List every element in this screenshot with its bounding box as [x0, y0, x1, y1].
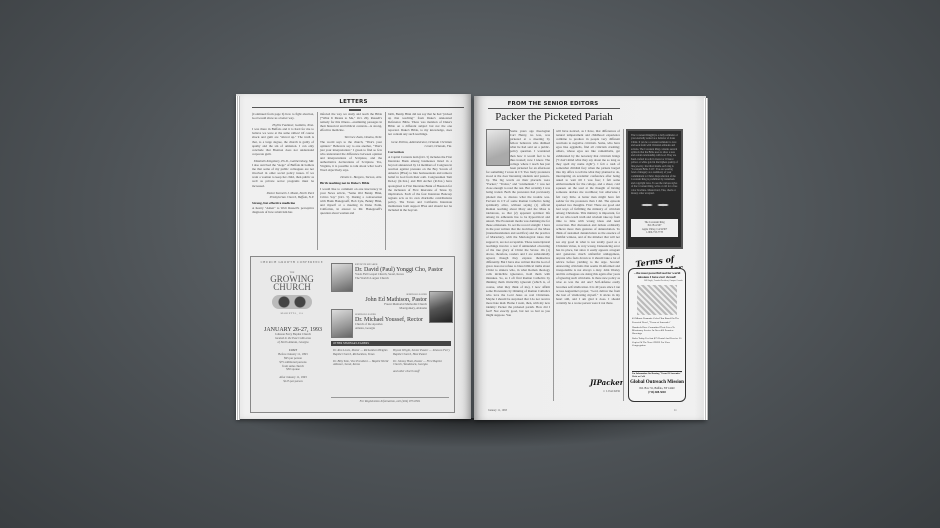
- page-number: 11: [674, 409, 677, 413]
- letter-heading: Birth teaching not in Duke's Bible: [320, 181, 382, 185]
- column-divider: [553, 129, 554, 401]
- column-divider: [317, 112, 318, 250]
- letter-heading: Correction: [388, 150, 452, 154]
- header-accent: [349, 109, 361, 111]
- other-leaders-right: Bryant Wright, Senior Pastor — Johnson F…: [393, 349, 451, 374]
- globe-icon: [272, 295, 312, 309]
- conference-details: JANUARY 26-27, 1993 Johnson Ferry Baptis…: [255, 327, 331, 384]
- footer-date: January 11, 1993: [488, 409, 507, 413]
- letters-column-2: infected the way we study and teach the …: [320, 112, 382, 250]
- covenant-ring-ad: The Covenant Ring(R) is a daily reminder…: [626, 129, 683, 249]
- speaker-mathison: SEMINAR LEADER John Ed Mathison, Pastor …: [351, 293, 427, 310]
- speaker-cho: KEYNOTE SPEAKER Dr. David (Paul) Yonggi …: [355, 263, 451, 280]
- global-outreach-name: Global Outreach Mission: [629, 380, 685, 385]
- packer-signature: JIPacker: [590, 378, 623, 387]
- letters-column-1: (Continued from page 6) how to fight abo…: [252, 112, 314, 250]
- left-page: LETTERS (Continued from page 6) how to f…: [236, 94, 471, 419]
- other-leaders-left: Dr. Ron Lewis, Pastor — Richardson Heigh…: [333, 349, 389, 367]
- article-title: Packer the Picketed Pariah: [488, 111, 620, 123]
- registration-info: For Registration Information, call (404)…: [331, 400, 449, 404]
- conference-logo: CHURCH GROWTH CONFERENCE THE GROWING CHU…: [257, 261, 327, 315]
- ad-tagline: ...the most powerful tool for world miss…: [629, 269, 685, 280]
- article-column-1: Some years ago theologian Carl Henry, no…: [486, 129, 550, 401]
- author-name: J. I. PACKER: [574, 390, 620, 394]
- column-divider: [623, 129, 624, 401]
- terms-of-surrender-ad: ...the most powerful tool for world miss…: [628, 268, 686, 402]
- letter-heading: Strong, but effective medicine: [252, 201, 314, 205]
- magazine-shadow: [240, 418, 710, 448]
- header-rule: [252, 107, 464, 108]
- letters-heading: LETTERS: [236, 99, 471, 105]
- page-edge: [236, 96, 240, 420]
- film-illustration: [637, 285, 677, 315]
- covenant-address: The Covenant Ring P.O. Box 907 Apple Val…: [631, 219, 678, 237]
- speaker-photo-cho: [331, 263, 353, 292]
- column-divider: [385, 112, 386, 250]
- church-growth-ad: CHURCH GROWTH CONFERENCE THE GROWING CHU…: [250, 256, 455, 413]
- letters-column-3: birth, Benny Hinn did not say that he ha…: [388, 112, 452, 250]
- speaker-youssef: SEMINAR LEADER Dr. Michael Youssef, Rect…: [355, 313, 451, 330]
- article-column-2: will have noticed, as I have, that diffe…: [556, 129, 620, 374]
- other-leaders-bar: OTHER SEMINAR LEADERS: [331, 341, 451, 346]
- right-page: FROM THE SENIOR EDITORS Packer the Picke…: [474, 96, 706, 420]
- header-rule: [488, 108, 620, 109]
- page-edge: [704, 98, 708, 420]
- rings-image: [635, 199, 675, 211]
- speaker-photo-youssef: [331, 309, 353, 338]
- senior-editors-heading: FROM THE SENIOR EDITORS: [488, 101, 618, 107]
- ad-bullets: 42-Minute Dramatic Color Film Based On T…: [629, 317, 685, 347]
